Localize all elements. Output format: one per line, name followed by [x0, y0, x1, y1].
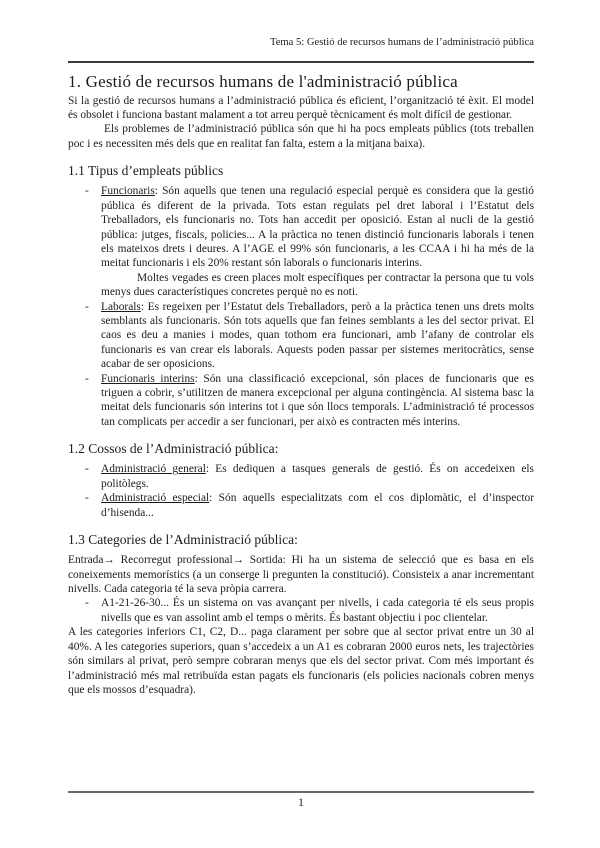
- section-heading-1-2: 1.2 Cossos de l’Administració pública:: [68, 441, 534, 457]
- list-item-term: Funcionaris: [101, 185, 155, 197]
- footer-divider: [68, 791, 534, 793]
- list-item-administracio-general: - Administració general: Es dediquen a t…: [85, 462, 534, 491]
- dash-bullet: -: [85, 596, 89, 610]
- list-item-funcionaris: - Funcionaris: Són aquells que tenen una…: [85, 184, 534, 299]
- list-item-text: : Es regeixen per l’Estatut dels Treball…: [101, 301, 534, 371]
- document-page: Tema 5: Gestió de recursos humans de l’a…: [0, 0, 600, 848]
- list-item-text: A1-21-26-30... És un sistema on vas avan…: [101, 597, 534, 623]
- page-footer: 1: [68, 791, 534, 809]
- section-heading-1-3: 1.3 Categories de l’Administració públic…: [68, 532, 534, 548]
- section-heading-1-1: 1.1 Tipus d’empleats públics: [68, 163, 534, 179]
- dash-bullet: -: [85, 184, 89, 198]
- categories-paragraph-2: A les categories inferiors C1, C2, D... …: [68, 625, 534, 697]
- page-number: 1: [68, 797, 534, 809]
- header-divider: [68, 61, 534, 63]
- administration-bodies-list: - Administració general: Es dediquen a t…: [68, 462, 534, 520]
- funcionaris-note: Moltes vegades es creen places molt espe…: [101, 271, 534, 300]
- dash-bullet: -: [85, 491, 89, 505]
- section-title-1: 1. Gestió de recursos humans de l'admini…: [68, 72, 534, 92]
- categories-paragraph-1: Entrada→ Recorregut professional→ Sortid…: [68, 553, 534, 596]
- intro-paragraph-1: Si la gestió de recursos humans a l’admi…: [68, 94, 534, 123]
- list-item-laborals: - Laborals: Es regeixen per l’Estatut de…: [85, 300, 534, 372]
- intro-paragraph-2: Els problemes de l’administració pública…: [68, 122, 534, 151]
- dash-bullet: -: [85, 300, 89, 314]
- list-item-administracio-especial: - Administració especial: Són aquells es…: [85, 491, 534, 520]
- list-item-levels: - A1-21-26-30... És un sistema on vas av…: [85, 596, 534, 625]
- list-item-term: Laborals: [101, 301, 141, 313]
- categories-list: - A1-21-26-30... És un sistema on vas av…: [68, 596, 534, 625]
- list-item-text: : Són aquells que tenen una regulació es…: [101, 185, 534, 269]
- list-item-term: Administració especial: [101, 492, 209, 504]
- dash-bullet: -: [85, 462, 89, 476]
- list-item-funcionaris-interins: - Funcionaris interins: Són una classifi…: [85, 372, 534, 430]
- employee-types-list: - Funcionaris: Són aquells que tenen una…: [68, 184, 534, 429]
- list-item-term: Administració general: [101, 463, 206, 475]
- list-item-term: Funcionaris interins: [101, 373, 195, 385]
- dash-bullet: -: [85, 372, 89, 386]
- page-header-title: Tema 5: Gestió de recursos humans de l’a…: [68, 36, 534, 49]
